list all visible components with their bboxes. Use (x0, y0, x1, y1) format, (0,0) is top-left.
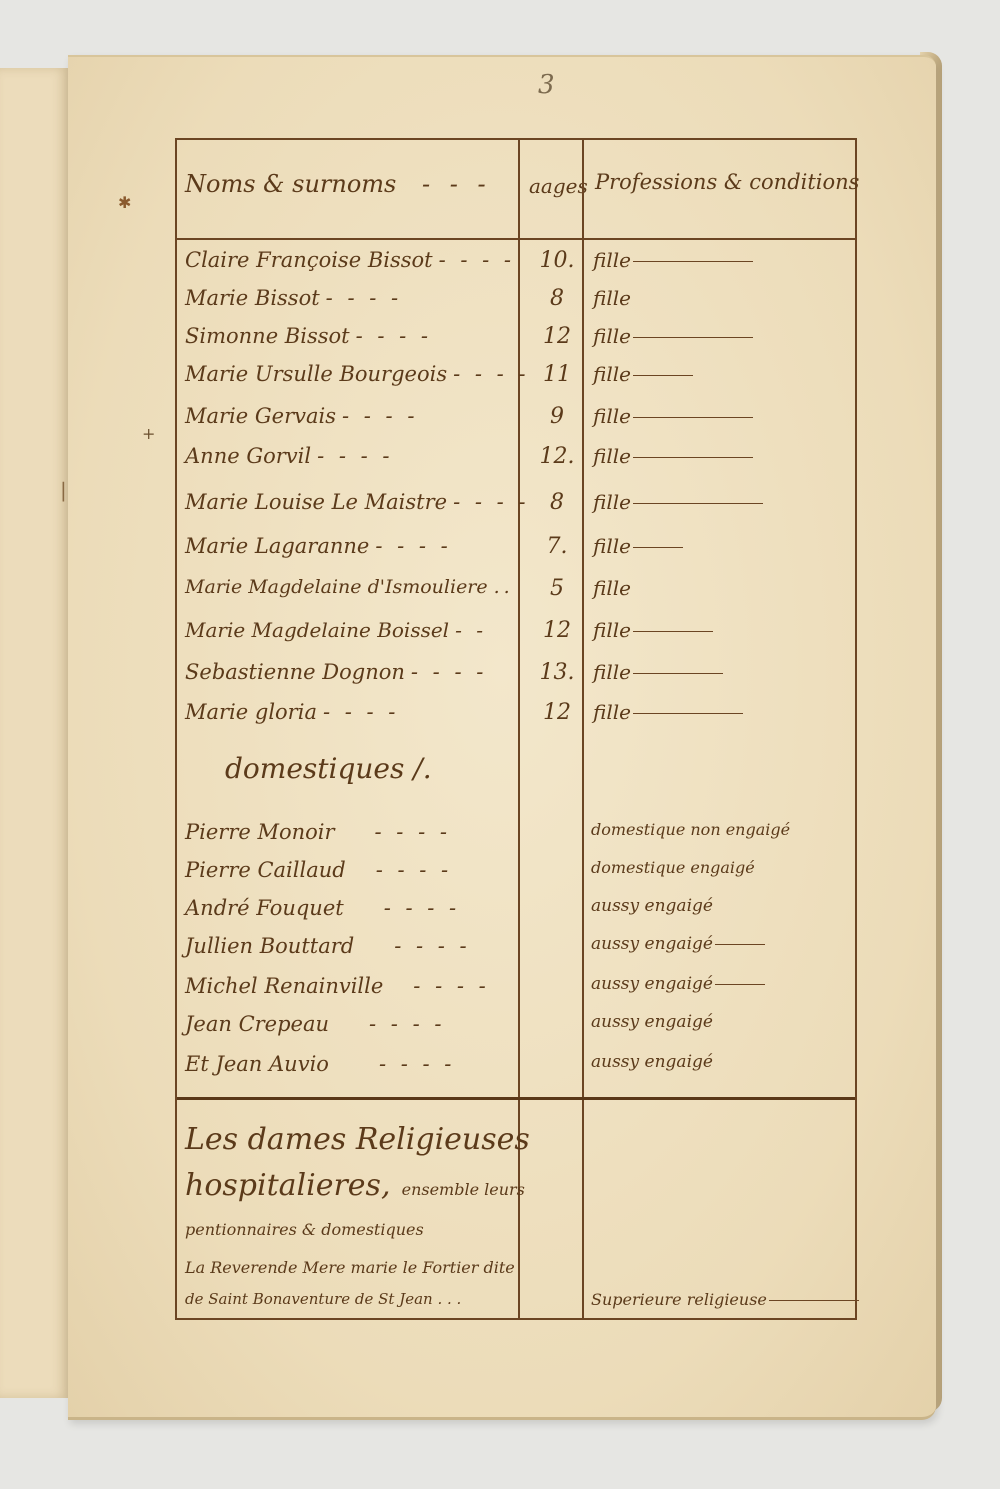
person-profession: fille (593, 618, 713, 642)
facing-page-left-edge: | (0, 68, 70, 1398)
person-name: Jean Crepeau- - - - (185, 1012, 445, 1036)
person-profession: fille (593, 534, 683, 558)
table-row: Pierre Monoir- - - - domestique non enga… (177, 820, 855, 856)
person-name: Marie Magdelaine d'Ismouliere.. (185, 576, 514, 598)
religious-heading: Les dames Religieuses (185, 1122, 530, 1157)
person-name: Marie Louise Le Maistre- - - - (185, 490, 529, 514)
person-name: André Fouquet- - - - (185, 896, 460, 920)
person-age: 8 (532, 286, 582, 311)
person-age: 13. (532, 660, 582, 685)
binding-mark: | (60, 478, 67, 502)
person-profession: aussy engaigé (591, 974, 765, 994)
table-row: Anne Gorvil- - - - 12. fille (177, 444, 855, 480)
person-profession: fille (593, 576, 631, 600)
religious-line-3: pentionnaires & domestiques (185, 1220, 424, 1239)
person-profession: fille (593, 444, 753, 468)
census-table: Noms & surnoms - - - aages Professions &… (175, 138, 857, 1320)
person-name: Simonne Bissot- - - - (185, 324, 432, 348)
person-name: Et Jean Auvio- - - - (185, 1052, 455, 1076)
person-age: 7. (532, 534, 582, 559)
person-age: 12 (532, 618, 582, 643)
table-row: Et Jean Auvio- - - - aussy engaigé (177, 1052, 855, 1088)
person-age: 8 (532, 490, 582, 515)
person-age: 9 (532, 404, 582, 429)
person-profession: fille (593, 660, 723, 684)
person-profession: aussy engaigé (591, 1012, 713, 1032)
table-row: Marie Louise Le Maistre- - - - 8 fille (177, 490, 855, 526)
person-age: 10. (532, 248, 582, 273)
table-row: Marie Lagaranne- - - - 7. fille (177, 534, 855, 570)
spacer (873, 202, 875, 212)
person-profession: fille (593, 324, 753, 348)
religious-line-5: de Saint Bonaventure de St Jean . . . (185, 1290, 461, 1308)
page-number: 3 (538, 70, 555, 100)
table-row: Marie Magdelaine d'Ismouliere.. 5 fille (177, 576, 855, 612)
table-row: Claire Françoise Bissot- - - - 10. fille (177, 248, 855, 284)
section-title-domestiques: domestiques /. (225, 752, 432, 785)
table-row: Marie gloria- - - - 12 fille (177, 700, 855, 736)
person-name: Marie Ursulle Bourgeois- - - - (185, 362, 530, 386)
person-profession: fille (593, 700, 743, 724)
person-name: Marie Magdelaine Boissel- - (185, 618, 487, 642)
margin-cross-mark: + (142, 424, 155, 443)
person-name: Pierre Monoir- - - - (185, 820, 451, 844)
person-profession: fille (593, 362, 693, 386)
person-profession: fille (593, 490, 763, 514)
person-age: 11 (532, 362, 582, 387)
person-age: 12 (532, 700, 582, 725)
table-row: Marie Bissot- - - - 8 fille (177, 286, 855, 322)
person-age: 5 (532, 576, 582, 601)
table-row: Michel Renainville- - - - aussy engaigé (177, 974, 855, 1010)
person-name: Marie Lagaranne- - - - (185, 534, 452, 558)
table-row: Jean Crepeau- - - - aussy engaigé (177, 1012, 855, 1048)
person-profession: aussy engaigé (591, 896, 713, 916)
ink-blot: ✱ (118, 193, 131, 212)
header-names: Noms & surnoms - - - (185, 170, 492, 198)
person-name: Pierre Caillaud- - - - (185, 858, 452, 882)
person-profession: aussy engaigé (591, 934, 765, 954)
table-row: Marie Ursulle Bourgeois- - - - 11 fille (177, 362, 855, 398)
person-profession: fille (593, 248, 753, 272)
table-header: Noms & surnoms - - - aages Professions &… (177, 140, 855, 240)
table-row: Marie Gervais- - - - 9 fille (177, 404, 855, 440)
table-row: Simonne Bissot- - - - 12 fille (177, 324, 855, 360)
person-profession: domestique engaigé (591, 858, 755, 877)
table-row: Marie Magdelaine Boissel- - 12 fille (177, 618, 855, 654)
person-name: Claire Françoise Bissot- - - - (185, 248, 515, 272)
person-name: Marie Gervais- - - - (185, 404, 418, 428)
person-profession: aussy engaigé (591, 1052, 713, 1072)
section-divider (177, 1097, 855, 1100)
person-name: Sebastienne Dognon- - - - (185, 660, 487, 684)
header-ages: aages (529, 174, 588, 198)
person-name: Marie gloria- - - - (185, 700, 399, 724)
table-row: Pierre Caillaud- - - - domestique engaig… (177, 858, 855, 894)
person-name: Jullien Bouttard- - - - (185, 934, 471, 958)
person-name: Michel Renainville- - - - (185, 974, 490, 998)
person-profession: fille (593, 404, 753, 428)
header-professions: Professions & conditions (595, 170, 859, 194)
table-row: André Fouquet- - - - aussy engaigé (177, 896, 855, 932)
table-row: Jullien Bouttard- - - - aussy engaigé (177, 934, 855, 970)
person-name: Marie Bissot- - - - (185, 286, 402, 310)
table-row: Sebastienne Dognon- - - - 13. fille (177, 660, 855, 696)
person-age: 12 (532, 324, 582, 349)
person-profession: fille (593, 286, 631, 310)
person-profession: domestique non engaigé (591, 820, 790, 839)
person-age: 12. (532, 444, 582, 469)
person-name: Anne Gorvil- - - - (185, 444, 394, 468)
religious-line-2: hospitalieres, ensemble leurs (185, 1168, 525, 1203)
religious-line-4: La Reverende Mere marie le Fortier dite (185, 1258, 515, 1277)
religious-profession: Superieure religieuse (591, 1290, 859, 1309)
